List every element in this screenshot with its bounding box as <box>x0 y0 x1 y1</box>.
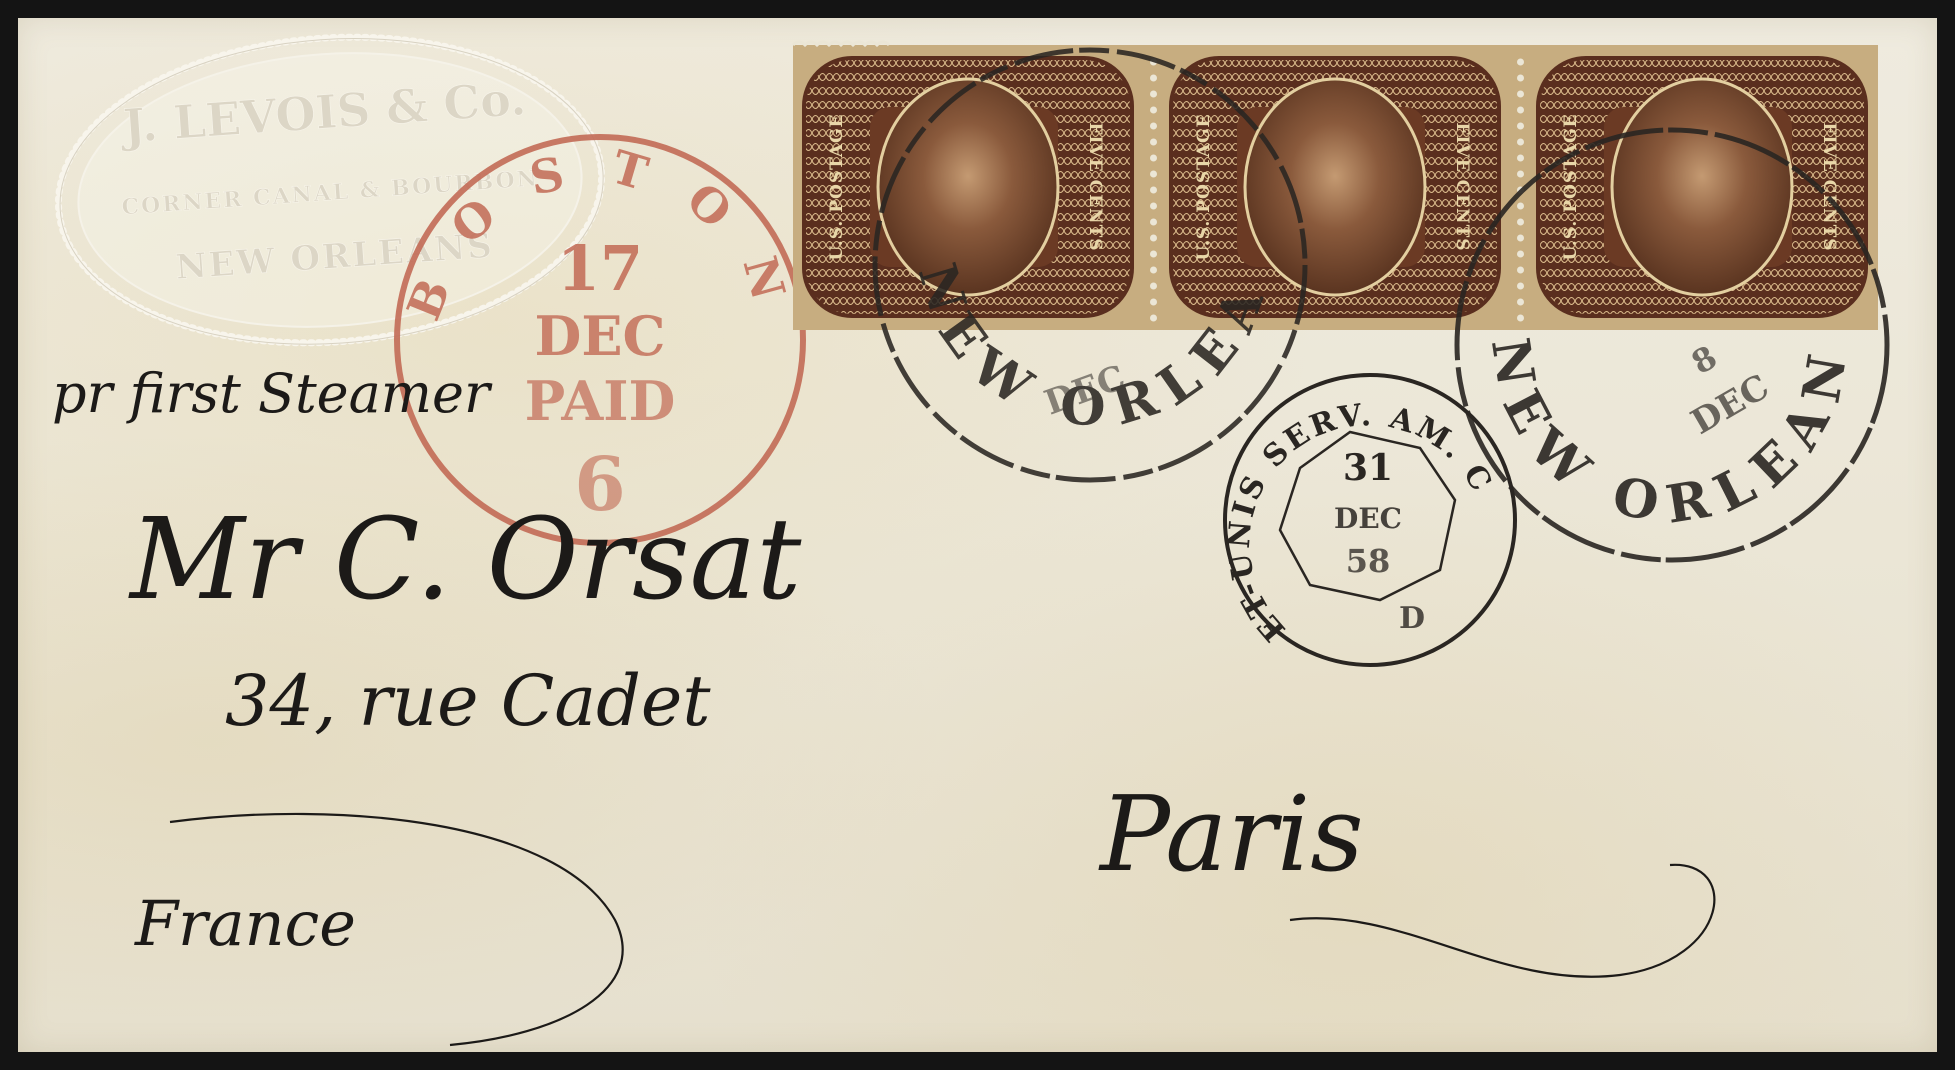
french-bottom-letter: D <box>1399 601 1425 636</box>
stamp-left-label: U.S. POSTAGE <box>827 114 847 261</box>
french-entry-postmark: ET-UNIS SERV. AM. C 31 DEC 58 D <box>1222 375 1515 665</box>
cover-artwork: J. LEVOIS & Co. CORNER CANAL & BOURBON N… <box>0 0 1955 1070</box>
routing-endorsement: pr first Steamer <box>52 362 493 425</box>
country: France <box>134 887 356 960</box>
stamp-left-label: U.S. POSTAGE <box>1561 114 1581 261</box>
addressee: Mr C. Orsat <box>128 495 802 625</box>
nola-right-month: DEC <box>1685 367 1776 443</box>
stamp-right-label: FIVE CENTS <box>1819 122 1839 251</box>
stamp-right-label: FIVE CENTS <box>1085 122 1105 251</box>
city: Paris <box>1098 773 1364 895</box>
french-month: DEC <box>1334 502 1402 535</box>
nola-right-day: 8 <box>1685 338 1723 382</box>
french-year: 58 <box>1346 542 1391 580</box>
embossed-corner-card: J. LEVOIS & Co. CORNER CANAL & BOURBON N… <box>48 19 613 362</box>
boston-day: 17 <box>557 232 643 305</box>
boston-status: PAID <box>525 369 676 433</box>
street-address: 34, rue Cadet <box>225 660 711 742</box>
boston-month: DEC <box>535 304 666 368</box>
stamp-right-label: FIVE CENTS <box>1452 122 1472 251</box>
stamp-left-label: U.S. POSTAGE <box>1194 114 1214 261</box>
french-day: 31 <box>1343 447 1393 489</box>
